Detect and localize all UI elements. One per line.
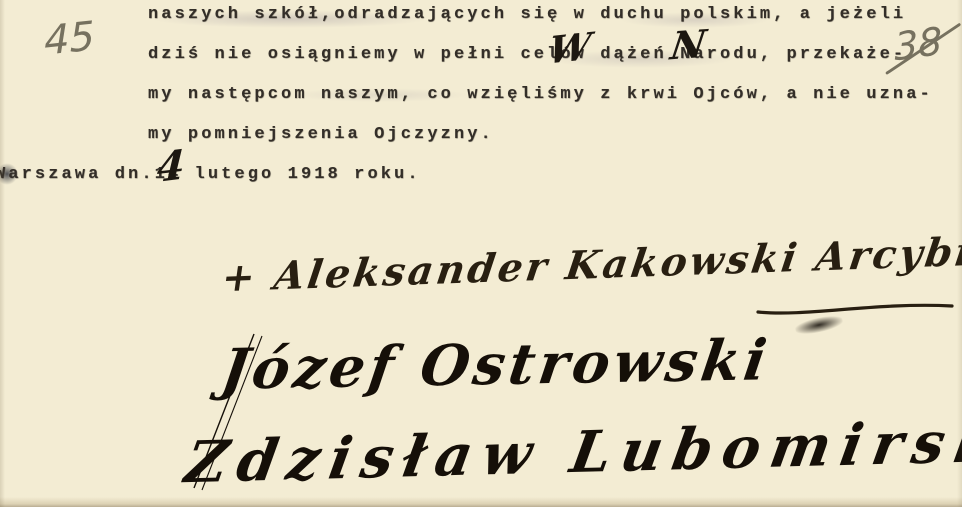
pencil-number-left: 45 bbox=[43, 13, 95, 64]
paper-edge-shadow bbox=[0, 0, 5, 507]
document-scan: 45 38 naszych szkół,odradzających się w … bbox=[0, 0, 962, 507]
ink-correction-n-over-narodu: N bbox=[668, 21, 709, 69]
typed-line-3: my następcom naszym, co wzięliśmy z krwi… bbox=[148, 85, 933, 104]
signature-ostrowski: Józef Ostrowski bbox=[217, 327, 774, 403]
paper-edge-shadow bbox=[957, 0, 962, 507]
typed-line-1: naszych szkół,odradzających się w duchu … bbox=[148, 5, 906, 24]
ink-correction-w-over-celow: W bbox=[546, 23, 594, 72]
paper-edge-shadow bbox=[0, 497, 962, 507]
signature-lubomirski: Zdzisław Lubomirski bbox=[181, 407, 962, 497]
typed-dateline: Warszawa dn.14 lutego 1918 roku. bbox=[0, 165, 421, 184]
ink-correction-day-number: 4 bbox=[156, 141, 186, 192]
typed-line-2: dziś nie osiągniemy w pełni celów dążeń … bbox=[148, 45, 906, 64]
signature-underline-flourish bbox=[756, 296, 956, 318]
signature-kakowski: + Aleksander Kakowski Arcybiskup bbox=[219, 225, 962, 302]
typed-line-4: my pomniejszenia Ojczyzny. bbox=[148, 125, 494, 144]
